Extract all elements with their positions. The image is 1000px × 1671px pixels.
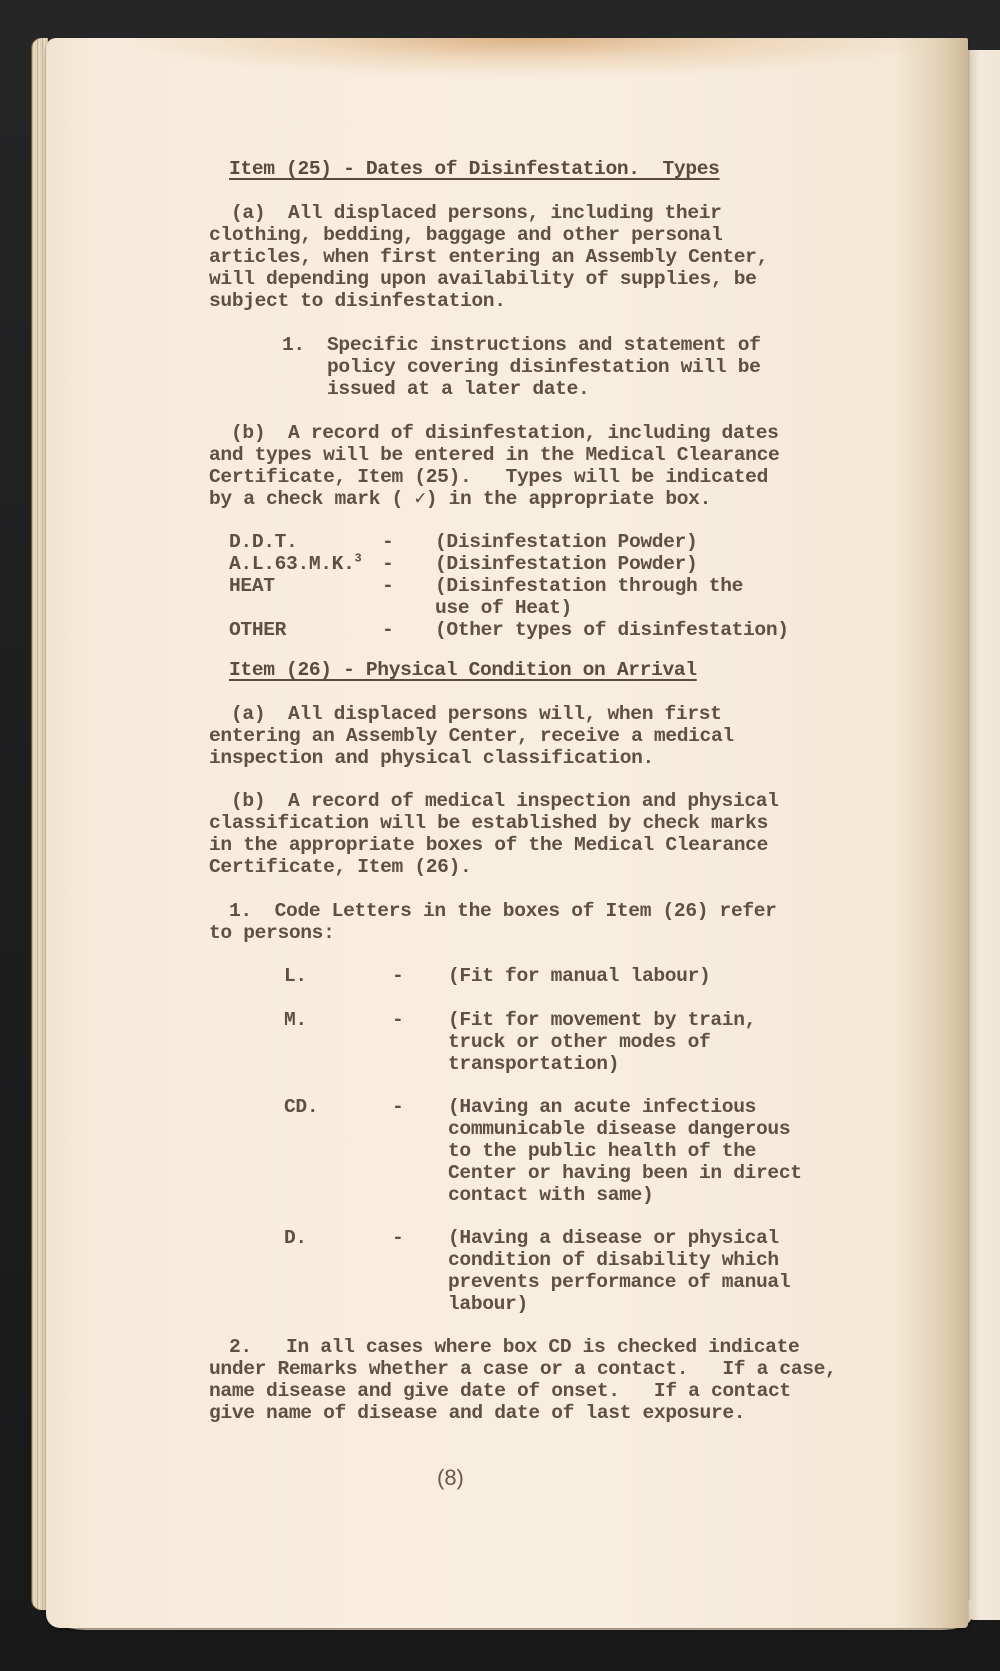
code-desc: (Having an acute infectious bbox=[448, 1096, 756, 1119]
para-line: and types will be entered in the Medical… bbox=[209, 444, 779, 467]
typewritten-text: Item (25) - Dates of Disinfestation. Typ… bbox=[0, 0, 1000, 1671]
code-desc: (Having a disease or physical bbox=[448, 1227, 779, 1250]
page-number: (8) bbox=[437, 1466, 464, 1489]
code-desc: condition of disability which bbox=[448, 1249, 779, 1272]
type-desc: (Disinfestation Powder) bbox=[435, 553, 697, 576]
subpoint-line: policy covering disinfestation will be bbox=[327, 356, 761, 379]
code-dash: - bbox=[392, 1227, 403, 1250]
code-desc: transportation) bbox=[448, 1053, 619, 1076]
type-code: OTHER bbox=[229, 619, 286, 642]
code-desc: labour) bbox=[448, 1293, 528, 1316]
type-dash: - bbox=[382, 531, 393, 554]
para-line: under Remarks whether a case or a contac… bbox=[209, 1358, 836, 1381]
para-line: in the appropriate boxes of the Medical … bbox=[209, 834, 768, 857]
type-code: D.D.T. bbox=[229, 531, 297, 554]
code-dash: - bbox=[392, 965, 403, 988]
code-desc: to the public health of the bbox=[448, 1140, 756, 1163]
type-dash: - bbox=[382, 553, 393, 576]
para-line: Certificate, Item (26). bbox=[209, 856, 471, 879]
para-line: will depending upon availability of supp… bbox=[209, 268, 757, 291]
type-code: A.L.63.M.K.3 bbox=[229, 553, 361, 576]
para-line: articles, when first entering an Assembl… bbox=[209, 246, 768, 269]
para-line: to persons: bbox=[209, 922, 335, 945]
code-desc: contact with same) bbox=[448, 1184, 653, 1207]
type-code-superscript: 3 bbox=[355, 551, 362, 565]
code-letter: D. bbox=[284, 1227, 307, 1250]
code-desc: truck or other modes of bbox=[448, 1031, 710, 1054]
subpoint-line: Specific instructions and statement of bbox=[327, 334, 761, 357]
type-desc: (Other types of disinfestation) bbox=[435, 619, 789, 642]
section-25-heading: Item (25) - Dates of Disinfestation. Typ… bbox=[229, 158, 720, 181]
code-letter: M. bbox=[284, 1009, 307, 1032]
type-code-text: A.L.63.M.K. bbox=[229, 553, 355, 575]
code-desc: (Fit for movement by train, bbox=[448, 1009, 756, 1032]
subpoint-line: issued at a later date. bbox=[327, 378, 589, 401]
para-line: by a check mark ( ✓) in the appropriate … bbox=[209, 488, 711, 511]
code-desc: communicable disease dangerous bbox=[448, 1118, 790, 1141]
para-line: clothing, bedding, baggage and other per… bbox=[209, 224, 722, 247]
para-line: inspection and physical classification. bbox=[209, 747, 654, 770]
code-dash: - bbox=[392, 1096, 403, 1119]
subpoint-number: 1. bbox=[282, 334, 305, 357]
type-dash: - bbox=[382, 575, 393, 598]
code-desc: (Fit for manual labour) bbox=[448, 965, 710, 988]
type-dash: - bbox=[382, 619, 393, 642]
para-line: give name of disease and date of last ex… bbox=[209, 1402, 745, 1425]
section-26-heading: Item (26) - Physical Condition on Arriva… bbox=[229, 659, 697, 682]
para-line: classification will be established by ch… bbox=[209, 812, 768, 835]
para-line: (b) A record of disinfestation, includin… bbox=[231, 422, 779, 445]
para-line: subject to disinfestation. bbox=[209, 290, 506, 313]
type-code: HEAT bbox=[229, 575, 275, 598]
code-letter: L. bbox=[284, 965, 307, 988]
code-desc: Center or having been in direct bbox=[448, 1162, 802, 1185]
para-line: 2. In all cases where box CD is checked … bbox=[229, 1336, 799, 1359]
para-line: 1. Code Letters in the boxes of Item (26… bbox=[229, 900, 777, 923]
para-line: Certificate, Item (25). Types will be in… bbox=[209, 466, 768, 489]
type-desc: (Disinfestation through the bbox=[435, 575, 743, 598]
code-letter: CD. bbox=[284, 1096, 318, 1119]
code-dash: - bbox=[392, 1009, 403, 1032]
para-line: (b) A record of medical inspection and p… bbox=[231, 790, 779, 813]
para-line: (a) All displaced persons, including the… bbox=[231, 202, 722, 225]
code-desc: prevents performance of manual bbox=[448, 1271, 790, 1294]
para-line: entering an Assembly Center, receive a m… bbox=[209, 725, 734, 748]
type-desc: use of Heat) bbox=[435, 597, 572, 620]
para-line: name disease and give date of onset. If … bbox=[209, 1380, 791, 1403]
type-desc: (Disinfestation Powder) bbox=[435, 531, 697, 554]
para-line: (a) All displaced persons will, when fir… bbox=[231, 703, 722, 726]
